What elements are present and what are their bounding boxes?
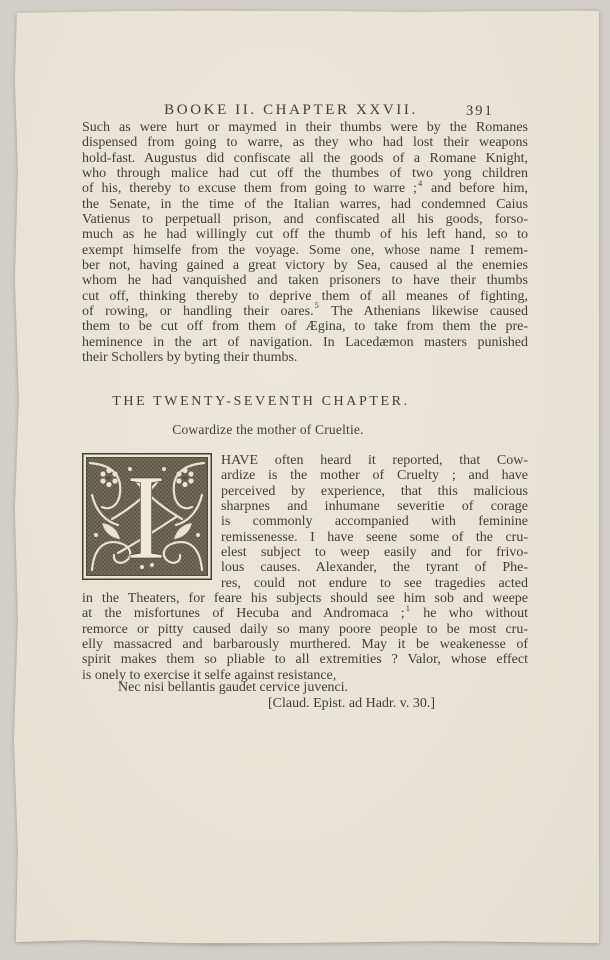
text-line: elly massacred and barbarously murthered… (82, 637, 528, 652)
chapter-heading: THE TWENTY-SEVENTH CHAPTER. (71, 394, 451, 410)
text-line: heminence in the art of navigation. In L… (82, 335, 528, 350)
text-line: hold-fast. Augustus did confiscate all t… (82, 151, 528, 166)
text-line: at the misfortunes of Hecuba and Androma… (82, 606, 528, 621)
text-line: cut off, thinking thereby to deprive the… (82, 289, 528, 304)
drop-cap-letter: I (126, 453, 167, 580)
text-line: much as he had willingly cut off the thu… (82, 227, 528, 242)
chapter-full-lines: in the Theaters, for feare his subjects … (82, 591, 528, 683)
text-line: Vatienus to perpetuall prison, and confi… (82, 212, 528, 227)
floral-woodcut-initial-icon: I (82, 453, 212, 580)
scanned-book-page: BOOKE II. CHAPTER XXVII. 391 Such as wer… (0, 0, 610, 960)
paper-sheet: BOOKE II. CHAPTER XXVII. 391 Such as wer… (13, 10, 599, 944)
text-line: remorce or pitty caused daily so many po… (82, 622, 528, 637)
text-line: in the Theaters, for feare his subjects … (82, 591, 528, 606)
chapter-paragraph: I HAVE often heard it reported, that Cow… (82, 453, 528, 683)
text-line: Such as were hurt or maymed in their thu… (82, 120, 528, 135)
chapter-subtitle: Cowardize the mother of Crueltie. (76, 422, 460, 438)
text-line: dispensed from going to warre, as they w… (82, 135, 528, 150)
text-line: spirit makes them so pliable to all extr… (82, 652, 528, 667)
text-line: who through malice had cut off the thumb… (82, 166, 528, 181)
paper-shadow-wrap: BOOKE II. CHAPTER XXVII. 391 Such as wer… (13, 10, 599, 944)
text-line: their Schollers by byting their thumbs. (82, 350, 528, 365)
running-head: BOOKE II. CHAPTER XXVII. (141, 102, 441, 119)
text-line: of his, thereby to excuse them from goin… (82, 181, 528, 196)
intro-paragraph: Such as were hurt or maymed in their thu… (82, 120, 528, 366)
quote-attribution: [Claud. Epist. ad Hadr. v. 30.] (268, 696, 435, 712)
text-line: exempt himselfe from the voyage. Some on… (82, 243, 528, 258)
text-line: ber not, having gained a great victory b… (82, 258, 528, 273)
page-number: 391 (466, 103, 512, 120)
text-line: of rowing, or handling their oares.5 The… (82, 304, 528, 319)
text-line: the Senate, in the time of the Italian w… (82, 197, 528, 212)
text-line: them to be cut off from them of Ægina, t… (82, 319, 528, 334)
latin-quote: Nec nisi bellantis gaudet cervice juvenc… (118, 680, 348, 696)
drop-cap-ornament: I (82, 453, 212, 580)
text-line: whom he had vanquished and taken prisone… (82, 273, 528, 288)
